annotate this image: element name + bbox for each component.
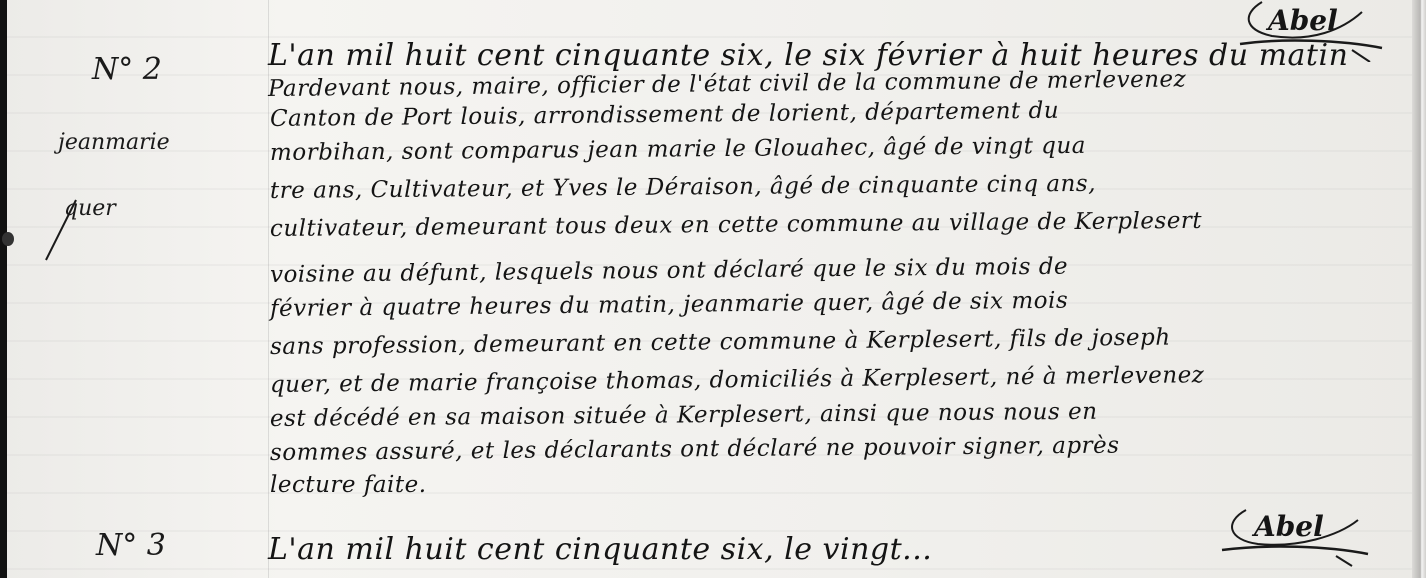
- record-line-9: sans profession, demeurant en cette comm…: [270, 325, 1171, 360]
- record-line-3: Canton de Port louis, arrondissement de …: [270, 98, 1059, 132]
- record-line-5: tre ans, Cultivateur, et Yves le Déraiso…: [270, 171, 1096, 204]
- page-edge: [1412, 0, 1426, 578]
- next-record-first-line: L'an mil huit cent cinquante six, le vin…: [268, 532, 932, 567]
- record-line-8: février à quatre heures du matin, jeanma…: [270, 288, 1068, 322]
- record-line-13: lecture faite.: [270, 472, 427, 498]
- record-line-4: morbihan, sont comparus jean marie le Gl…: [270, 133, 1086, 166]
- record-line-7: voisine au défunt, lesquels nous ont déc…: [270, 254, 1068, 288]
- record-number-next: N° 3: [96, 528, 166, 563]
- register-page: N° 2 jeanmarie quer Abel L'an mil huit c…: [0, 0, 1426, 578]
- margin-stroke-icon: [40, 196, 80, 266]
- signature-text: Abel: [1254, 510, 1324, 543]
- record-line-10: quer, et de marie françoise thomas, domi…: [270, 362, 1205, 398]
- record-line-1: L'an mil huit cent cinquante six, le six…: [268, 38, 1348, 73]
- signature-text: Abel: [1268, 4, 1338, 37]
- binding-rivet: [2, 232, 14, 246]
- record-line-11: est décédé en sa maison située à Kerples…: [270, 399, 1098, 432]
- record-number: N° 2: [92, 52, 162, 87]
- margin-name-first: jeanmarie: [58, 130, 170, 155]
- record-line-6: cultivateur, demeurant tous deux en cett…: [270, 208, 1202, 242]
- record-line-12: sommes assuré, et les déclarants ont déc…: [270, 433, 1120, 466]
- binding-edge: [0, 0, 7, 578]
- mayor-signature-bottom: Abel: [1218, 506, 1368, 566]
